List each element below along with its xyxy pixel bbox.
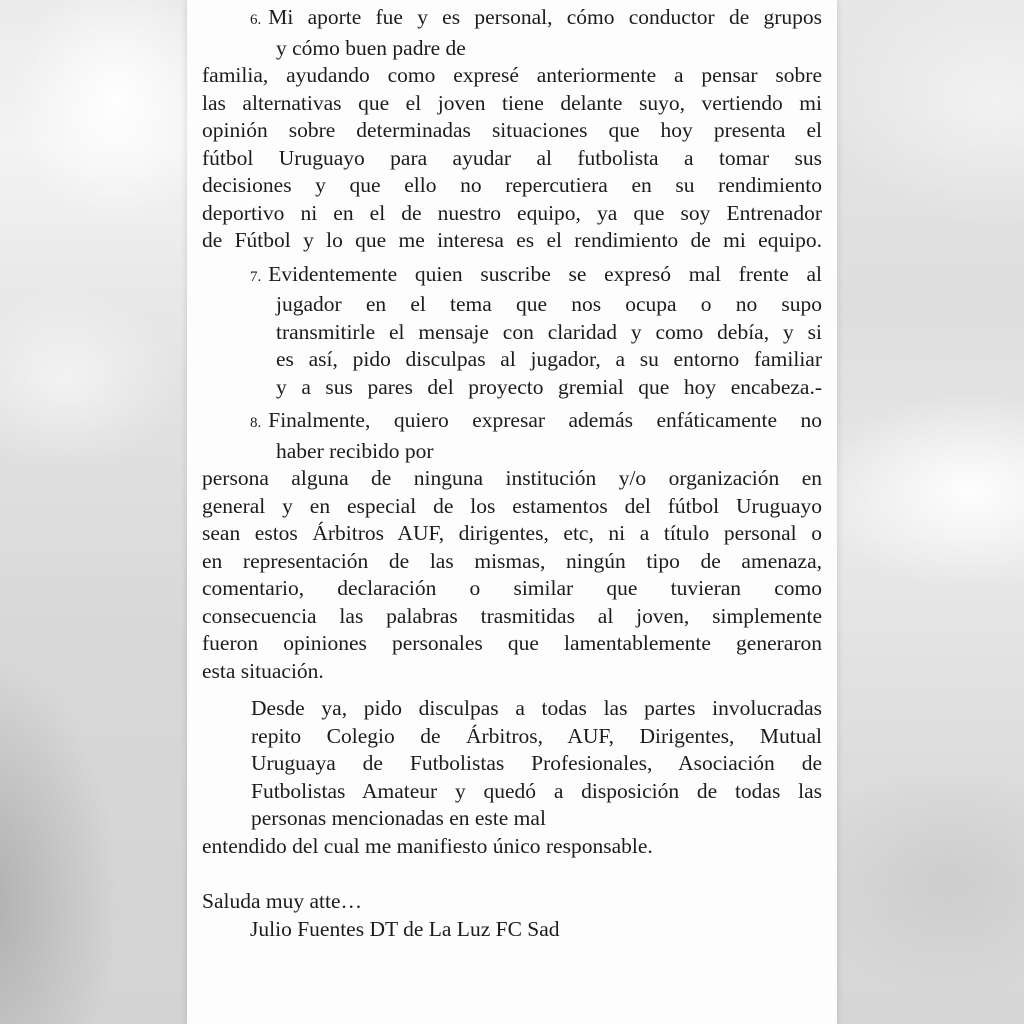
doc-line: comentario, declaración o similar que tu… (202, 575, 822, 603)
doc-line: personas mencionadas en este mal (202, 805, 822, 833)
doc-line: consecuencia las palabras trasmitidas al… (202, 603, 822, 631)
document-page: 6.Mi aporte fue y es personal, cómo cond… (187, 0, 837, 1024)
doc-line: decisiones y que ello no repercutiera en… (202, 172, 822, 200)
doc-line: transmitirle el mensaje con claridad y c… (202, 319, 822, 347)
doc-line-text: Evidentemente quien suscribe se expresó … (268, 262, 822, 286)
doc-line: las alternativas que el joven tiene dela… (202, 90, 822, 118)
blurred-background-left (0, 0, 187, 1024)
doc-line: persona alguna de ninguna institución y/… (202, 465, 822, 493)
doc-line: haber recibido por (202, 438, 822, 466)
closing-salutation: Saluda muy atte… (202, 888, 822, 916)
numbered-item-6-line: 6.Mi aporte fue y es personal, cómo cond… (202, 4, 822, 35)
doc-line: Desde ya, pido disculpas a todas las par… (202, 695, 822, 723)
doc-line: familia, ayudando como expresé anteriorm… (202, 62, 822, 90)
signature-name: Julio Fuentes DT de La Luz FC Sad (202, 916, 822, 944)
doc-line-text: Finalmente, quiero expresar además enfát… (268, 408, 822, 432)
screenshot-root: 6.Mi aporte fue y es personal, cómo cond… (0, 0, 1024, 1024)
doc-line: Uruguaya de Futbolistas Profesionales, A… (202, 750, 822, 778)
doc-line: general y en especial de los estamentos … (202, 493, 822, 521)
doc-line: y a sus pares del proyecto gremial que h… (202, 374, 822, 402)
numbered-item-7-line: 7.Evidentemente quien suscribe se expres… (202, 261, 822, 292)
blank-line (202, 860, 822, 888)
list-number-6: 6. (250, 12, 261, 28)
doc-line: deportivo ni en el de nuestro equipo, ya… (202, 200, 822, 228)
blurred-background-right (837, 0, 1024, 1024)
doc-line: entendido del cual me manifiesto único r… (202, 833, 822, 861)
doc-line: sean estos Árbitros AUF, dirigentes, etc… (202, 520, 822, 548)
doc-line: Futbolistas Amateur y quedó a disposició… (202, 778, 822, 806)
doc-line: jugador en el tema que nos ocupa o no su… (202, 291, 822, 319)
doc-line: en representación de las mismas, ningún … (202, 548, 822, 576)
doc-line: repito Colegio de Árbitros, AUF, Dirigen… (202, 723, 822, 751)
list-number-7: 7. (250, 269, 261, 285)
doc-line: de Fútbol y lo que me interesa es el ren… (202, 227, 822, 255)
list-number-8: 8. (250, 415, 261, 431)
doc-line: es así, pido disculpas al jugador, a su … (202, 346, 822, 374)
doc-line: fútbol Uruguayo para ayudar al futbolist… (202, 145, 822, 173)
doc-line: opinión sobre determinadas situaciones q… (202, 117, 822, 145)
doc-line: y cómo buen padre de (202, 35, 822, 63)
doc-line: esta situación. (202, 658, 822, 686)
doc-line-text: Mi aporte fue y es personal, cómo conduc… (268, 5, 822, 29)
numbered-item-8-line: 8.Finalmente, quiero expresar además enf… (202, 407, 822, 438)
doc-line: fueron opiniones personales que lamentab… (202, 630, 822, 658)
